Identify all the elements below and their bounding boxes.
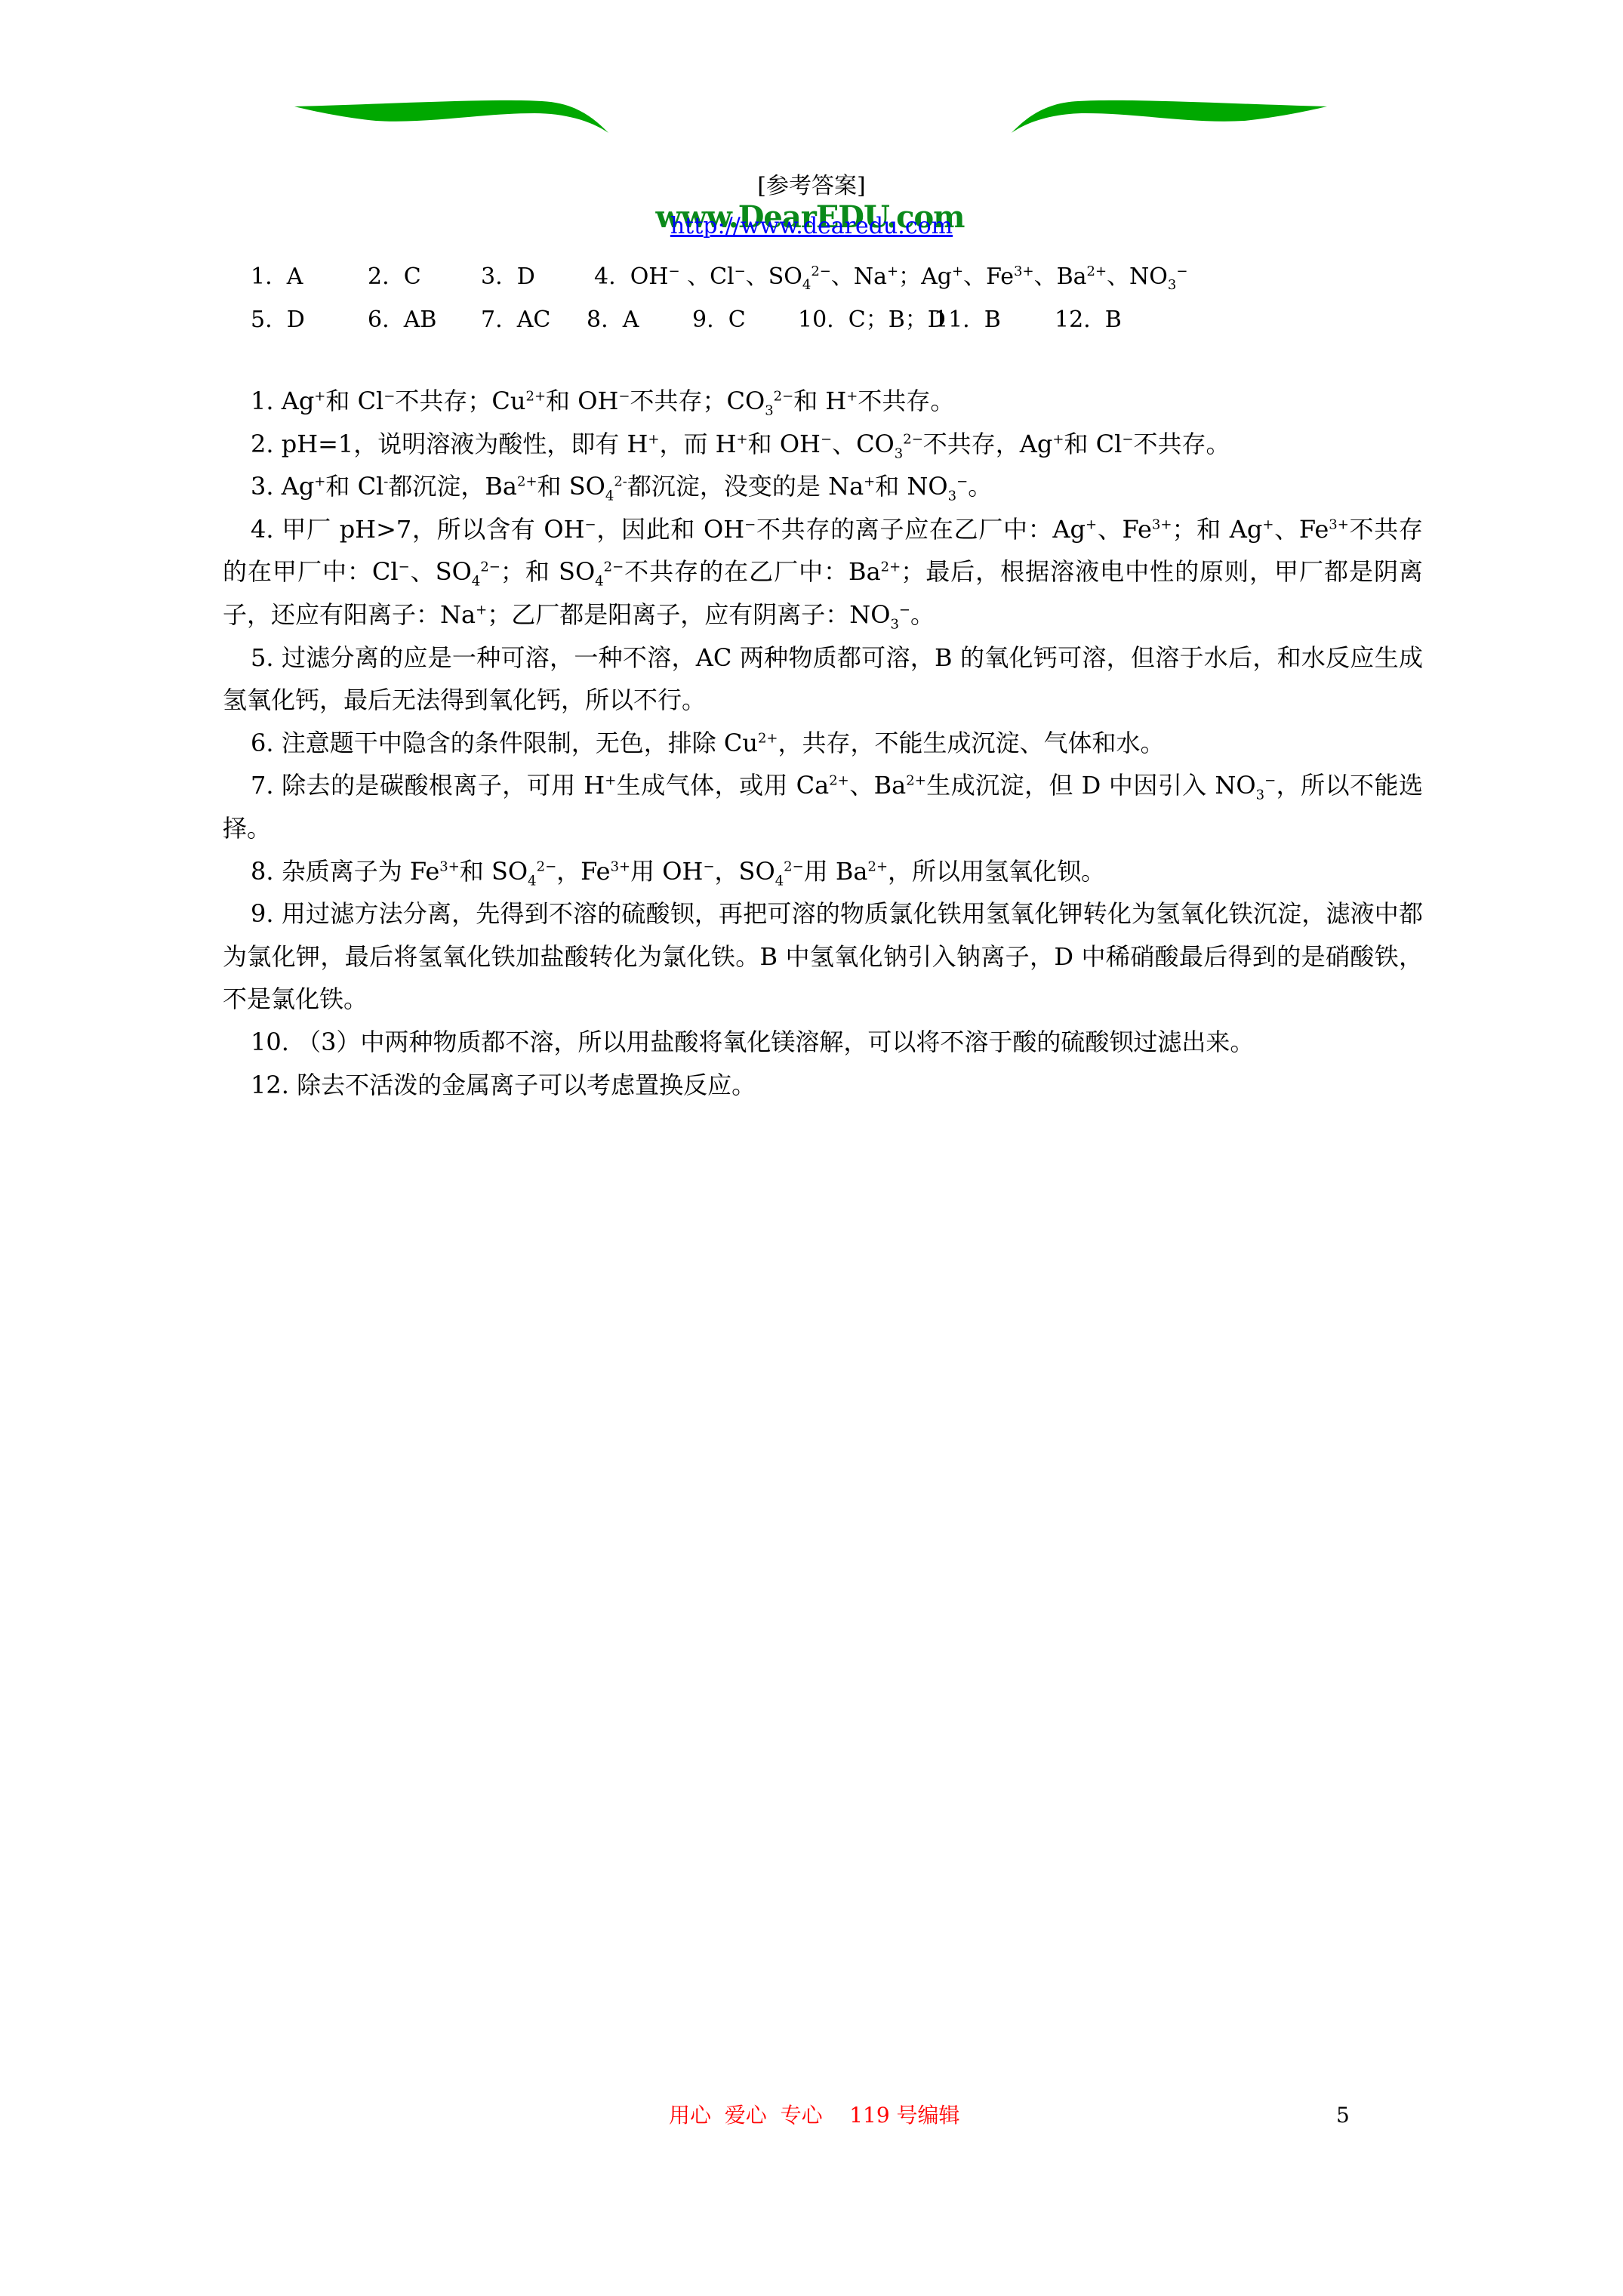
explanation-paragraph: 4. 甲厂 pH>7，所以含有 OH−，因此和 OH−不共存的离子应在乙厂中：A…	[223, 508, 1423, 636]
explanation-paragraph: 9. 用过滤方法分离，先得到不溶的硫酸钡，再把可溶的物质氯化铁用氢氧化钾转化为氢…	[223, 892, 1423, 1021]
explanation-paragraph: 12. 除去不活泼的金属离子可以考虑置换反应。	[223, 1064, 1423, 1107]
answer-item: 12. B	[1055, 307, 1122, 334]
explanation-paragraph: 5. 过滤分离的应是一种可溶，一种不溶，AC 两种物质都可溶，B 的氧化钙可溶，…	[223, 636, 1423, 722]
explanation-paragraph: 1. Ag+和 Cl−不共存；Cu2+和 OH−不共存；CO32−和 H+不共存…	[223, 380, 1423, 423]
page-title: [参考答案]	[0, 172, 1623, 201]
page-number: 5	[1336, 2102, 1350, 2129]
footer-editor-note: 用心 爱心 专心 119 号编辑	[669, 2102, 960, 2129]
green-swoosh-icon	[293, 97, 1329, 142]
answer-item: 9. C	[692, 307, 746, 334]
explanation-paragraph: 2. pH=1，说明溶液为酸性，即有 H+，而 H+和 OH−、CO32−不共存…	[223, 423, 1423, 466]
explanation-paragraph: 6. 注意题干中隐含的条件限制，无色，排除 Cu2+，共存，不能生成沉淀、气体和…	[223, 722, 1423, 765]
answer-item: 1. A	[251, 264, 303, 291]
answer-item: 2. C	[368, 264, 421, 291]
site-link-container: http://www.dearedu.com	[0, 213, 1623, 240]
explanation-paragraph: 3. Ag+和 Cl-都沉淀，Ba2+和 SO42-都沉淀，没变的是 Na+和 …	[223, 465, 1423, 508]
answer-item: 11. B	[934, 307, 1001, 334]
explanation-paragraph: 10. （3）中两种物质都不溶，所以用盐酸将氧化镁溶解，可以将不溶于酸的硫酸钡过…	[223, 1021, 1423, 1064]
answer-item: 8. A	[587, 307, 639, 334]
answer-item: 3. D	[481, 264, 535, 291]
dearedu-banner-logo: www.DearEDU.com	[293, 97, 1329, 142]
explanation-paragraph: 8. 杂质离子为 Fe3+和 SO42−，Fe3+用 OH−，SO42−用 Ba…	[223, 850, 1423, 893]
answer-item: 5. D	[251, 307, 305, 334]
answer-item: 6. AB	[368, 307, 436, 334]
site-link[interactable]: http://www.dearedu.com	[670, 213, 953, 239]
answer-item: 7. AC	[481, 307, 550, 334]
answer-item: 4. OH− 、Cl−、SO42−、Na+；Ag+、Fe3+、Ba2+、NO3−	[594, 264, 1187, 291]
answer-item: 10. C；B；D	[798, 307, 946, 334]
explanation-paragraph: 7. 除去的是碳酸根离子，可用 H+生成气体，或用 Ca2+、Ba2+生成沉淀，…	[223, 764, 1423, 849]
explanations-section: 1. Ag+和 Cl−不共存；Cu2+和 OH−不共存；CO32−和 H+不共存…	[223, 380, 1423, 1106]
